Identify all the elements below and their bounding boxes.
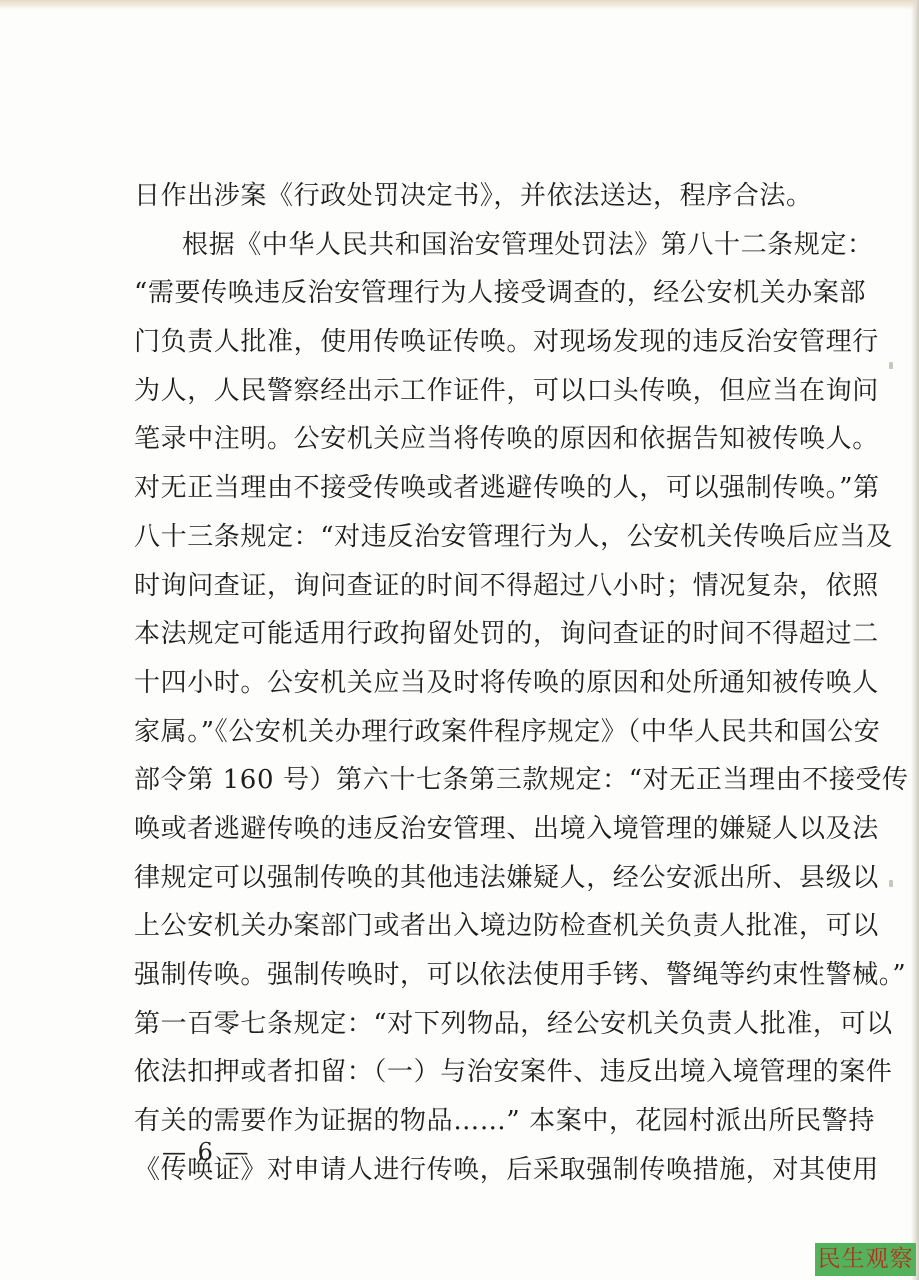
text-line: 十四小时。公安机关应当及时将传唤的原因和处所通知被传唤人 (134, 663, 824, 712)
page-right-edge (911, 0, 919, 1280)
text-line: 唤或者逃避传唤的违反治安管理、出境入境管理的嫌疑人以及法 (134, 809, 824, 858)
margin-speck (889, 880, 893, 887)
text-line: 本法规定可能适用行政拘留处罚的，询问查证的时间不得超过二 (134, 614, 824, 663)
text-line: 日作出涉案《行政处罚决定书》，并依法送达，程序合法。 (134, 176, 824, 225)
watermark-label: 民生观察 (815, 1243, 916, 1276)
text-line: 门负责人批准，使用传唤证传唤。对现场发现的违反治安管理行 (134, 322, 824, 371)
text-line: 根据《中华人民共和国治安管理处罚法》第八十二条规定： (134, 225, 824, 274)
text-line: 笔录中注明。公安机关应当将传唤的原因和依据告知被传唤人。 (134, 419, 824, 468)
text-line: 家属。”《公安机关办理行政案件程序规定》（中华人民共和国公安 (134, 712, 824, 761)
text-line: 强制传唤。强制传唤时，可以依法使用手铐、警绳等约束性警械。” (134, 955, 824, 1004)
margin-speck (889, 362, 893, 369)
page-number: — 6 — (162, 1138, 251, 1166)
text-line: “需要传唤违反治安管理行为人接受调查的，经公安机关办案部 (134, 273, 824, 322)
text-line: 上公安机关办案部门或者出入境边防检查机关负责人批准，可以 (134, 906, 824, 955)
text-line: 时询问查证，询问查证的时间不得超过八小时；情况复杂，依照 (134, 566, 824, 615)
text-line: 律规定可以强制传唤的其他违法嫌疑人，经公安派出所、县级以 (134, 858, 824, 907)
text-line: 依法扣押或者扣留：（一）与治安案件、违反出境入境管理的案件 (134, 1052, 824, 1101)
document-body: 日作出涉案《行政处罚决定书》，并依法送达，程序合法。 根据《中华人民共和国治安管… (134, 176, 824, 1198)
text-line: 为人，人民警察经出示工作证件，可以口头传唤，但应当在询问 (134, 371, 824, 420)
text-line: 第一百零七条规定：“对下列物品，经公安机关负责人批准，可以 (134, 1004, 824, 1053)
text-line: 部令第 160 号）第六十七条第三款规定：“对无正当理由不接受传 (134, 760, 824, 809)
text-line: 对无正当理由不接受传唤或者逃避传唤的人，可以强制传唤。”第 (134, 468, 824, 517)
page-top-edge (0, 0, 919, 10)
text-line: 八十三条规定：“对违反治安管理行为人，公安机关传唤后应当及 (134, 517, 824, 566)
